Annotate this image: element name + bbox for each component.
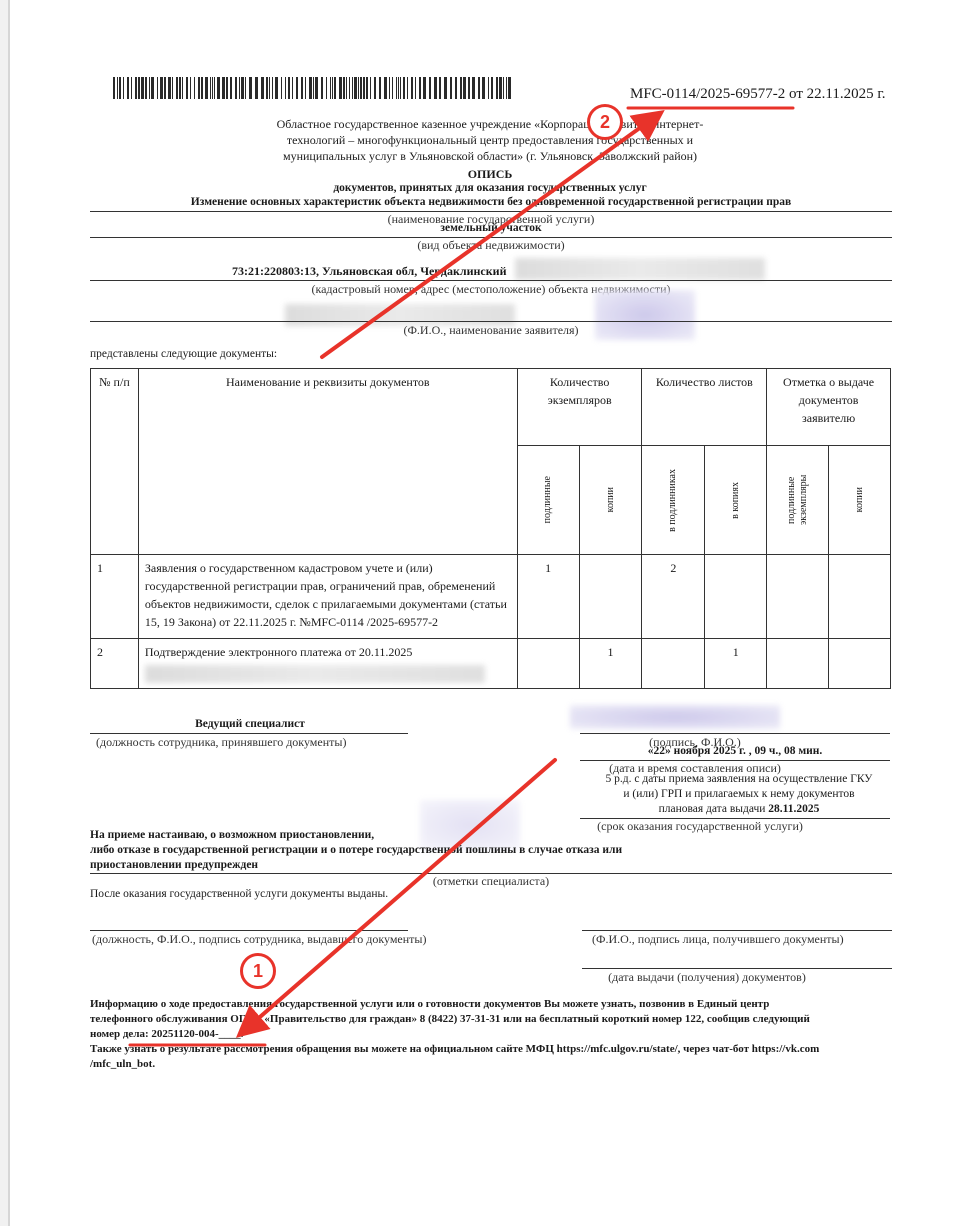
row-issued-copy <box>829 639 891 689</box>
cadastral-caption: (кадастровый номер, адрес (местоположени… <box>90 282 892 297</box>
warning-line: либо отказе в государственной регистраци… <box>90 843 622 858</box>
row-copy <box>579 555 642 639</box>
info-line: Также узнать о результате рассмотрения о… <box>90 1042 895 1057</box>
info-block: Информацию о ходе предоставления государ… <box>90 997 895 1072</box>
subheader: подлинные <box>542 476 554 523</box>
organization-name: Областное государственное казенное учреж… <box>230 116 750 182</box>
row-issued-orig <box>767 555 829 639</box>
org-line: муниципальных услуг в Ульяновской област… <box>230 148 750 164</box>
issuer-caption: (должность, Ф.И.О., подпись сотрудника, … <box>92 932 426 947</box>
row-issued-orig <box>767 639 829 689</box>
org-line: Областное государственное казенное учреж… <box>230 116 750 132</box>
service-term: 5 р.д. с даты приема заявления на осущес… <box>580 772 898 817</box>
header-copies-count: Количество экземпляров <box>517 369 642 446</box>
object-type: земельный участок <box>90 222 892 234</box>
row-name: Заявления о государственном кадастровом … <box>138 555 517 639</box>
row-num: 2 <box>91 639 139 689</box>
row-sheets-orig: 2 <box>642 555 705 639</box>
planned-date-line: плановая дата выдачи 28.11.2025 <box>580 802 898 817</box>
planned-date-value: 28.11.2025 <box>768 803 819 815</box>
doc-date: от 22.11.2025 г. <box>789 86 886 102</box>
documents-table: № п/п Наименование и реквизиты документо… <box>90 368 891 689</box>
row-sheets-copy: 1 <box>705 639 767 689</box>
row-issued-copy <box>829 555 891 639</box>
redacted-address <box>515 258 765 280</box>
row-orig: 1 <box>517 555 579 639</box>
table-row: 1 Заявления о государственном кадастрово… <box>91 555 891 639</box>
header-name: Наименование и реквизиты документов <box>138 369 517 555</box>
warning-line: На приеме настаиваю, о возможном приоста… <box>90 828 622 843</box>
org-line: технологий – многофункциональный центр п… <box>230 132 750 148</box>
position-caption: (должность сотрудника, принявшего докуме… <box>96 735 346 750</box>
marker-1: 1 <box>240 953 276 989</box>
object-type-caption: (вид объекта недвижимости) <box>90 238 892 253</box>
warning-line: приостановлении предупрежден <box>90 858 622 873</box>
info-line: /mfc_uln_bot. <box>90 1057 895 1072</box>
row-orig <box>517 639 579 689</box>
document-number: MFC-0114/2025-69577-2 от 22.11.2025 г. <box>630 86 886 103</box>
row-sheets-orig <box>642 639 705 689</box>
warning-text: На приеме настаиваю, о возможном приоста… <box>90 828 622 873</box>
doc-number-value: MFC-0114/2025-69577-2 <box>630 86 785 102</box>
issue-date-caption: (дата выдачи (получения) документов) <box>582 970 832 985</box>
info-line: телефонного обслуживания ОГКУ «Правитель… <box>90 1012 895 1027</box>
info-line: Информацию о ходе предоставления государ… <box>90 997 895 1012</box>
row-copy: 1 <box>579 639 642 689</box>
page-subtitle: документов, принятых для оказания госуда… <box>230 182 750 194</box>
page-title: ОПИСЬ <box>230 166 750 182</box>
planned-date-label: плановая дата выдачи <box>659 803 766 815</box>
case-number: номер дела: 20251120-004-____. <box>90 1027 895 1042</box>
subheader: подлинные экземпляры <box>786 450 810 550</box>
applicant-caption: (Ф.И.О., наименование заявителя) <box>90 323 892 338</box>
row-name: Подтверждение электронного платежа от 20… <box>145 643 511 661</box>
term-line: и (или) ГРП и прилагаемых к нему докумен… <box>580 787 898 802</box>
marker-2: 2 <box>587 104 623 140</box>
header-num: № п/п <box>91 369 139 555</box>
cadastral-address: 73:21:220803:13, Ульяновская обл, Чердак… <box>232 264 507 279</box>
documents-intro: представлены следующие документы: <box>90 348 277 360</box>
subheader: копии <box>854 487 866 512</box>
table-row: 2 Подтверждение электронного платежа от … <box>91 639 891 689</box>
employee-position: Ведущий специалист <box>90 718 410 730</box>
subheader: в копиях <box>730 482 742 519</box>
row-sheets-copy <box>705 555 767 639</box>
page-edge <box>0 0 10 1226</box>
header-sheets-count: Количество листов <box>642 369 767 446</box>
subheader: копии <box>605 487 617 512</box>
header-issue-mark: Отметка о выдаче документов заявителю <box>767 369 891 446</box>
barcode <box>113 77 513 99</box>
redacted-payer <box>145 665 485 683</box>
term-line: 5 р.д. с даты приема заявления на осущес… <box>580 772 898 787</box>
issued-text: После оказания государственной услуги до… <box>90 886 388 902</box>
receiver-caption: (Ф.И.О., подпись лица, получившего докум… <box>592 932 844 947</box>
row-num: 1 <box>91 555 139 639</box>
redacted-employee-signature <box>570 705 780 729</box>
service-name: Изменение основных характеристик объекта… <box>90 196 892 208</box>
compilation-datetime: «22» ноября 2025 г. , 09 ч., 08 мин. <box>580 745 890 757</box>
subheader: в подлинниках <box>667 469 679 532</box>
